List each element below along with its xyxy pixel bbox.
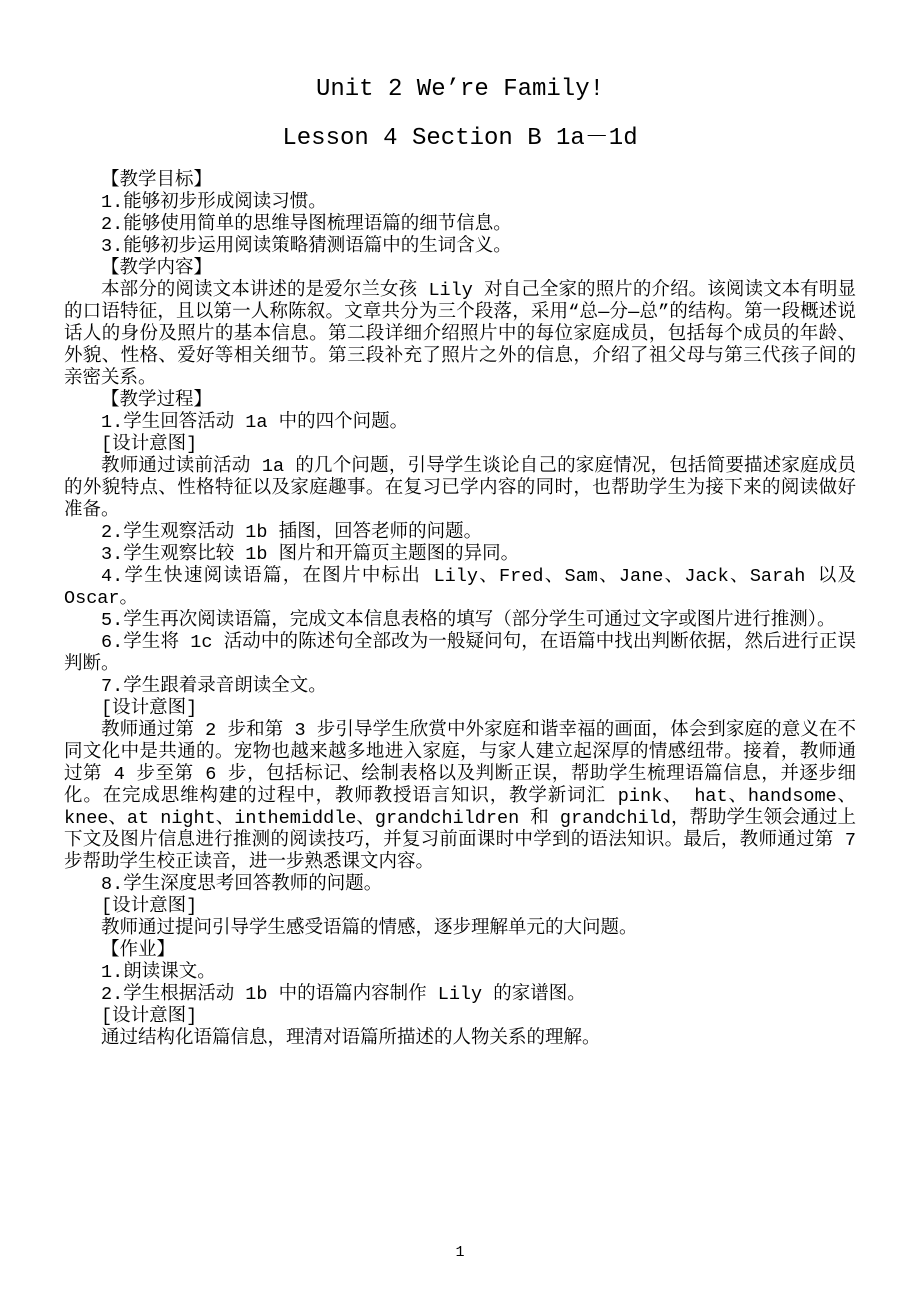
section-heading-content: 【教学内容】 <box>64 258 856 280</box>
homework-item: 2.学生根据活动 1b 中的语篇内容制作 Lily 的家谱图。 <box>64 984 856 1006</box>
process-step: 7.学生跟着录音朗读全文。 <box>64 676 856 698</box>
objective-item: 1.能够初步形成阅读习惯。 <box>64 192 856 214</box>
process-step: 5.学生再次阅读语篇，完成文本信息表格的填写（部分学生可通过文字或图片进行推测）… <box>64 610 856 632</box>
process-step: 1.学生回答活动 1a 中的四个问题。 <box>64 412 856 434</box>
section-heading-process: 【教学过程】 <box>64 390 856 412</box>
objective-item: 2.能够使用简单的思维导图梳理语篇的细节信息。 <box>64 214 856 236</box>
body-paragraph: 本部分的阅读文本讲述的是爱尔兰女孩 Lily 对自己全家的照片的介绍。该阅读文本… <box>64 280 856 390</box>
design-note-paragraph: 教师通过读前活动 1a 的几个问题，引导学生谈论自己的家庭情况，包括简要描述家庭… <box>64 456 856 522</box>
objective-item: 3.能够初步运用阅读策略猜测语篇中的生词含义。 <box>64 236 856 258</box>
document-body: 【教学目标】 1.能够初步形成阅读习惯。 2.能够使用简单的思维导图梳理语篇的细… <box>64 170 856 1050</box>
design-note-paragraph: 通过结构化语篇信息，理清对语篇所描述的人物关系的理解。 <box>64 1028 856 1050</box>
design-note-label: [设计意图] <box>64 434 856 456</box>
process-step: 3.学生观察比较 1b 图片和开篇页主题图的异同。 <box>64 544 856 566</box>
homework-item: 1.朗读课文。 <box>64 962 856 984</box>
document-page: Unit 2 We’re Family! Lesson 4 Section B … <box>0 0 920 1302</box>
process-step: 8.学生深度思考回答教师的问题。 <box>64 874 856 896</box>
process-step: 2.学生观察活动 1b 插图，回答老师的问题。 <box>64 522 856 544</box>
design-note-label: [设计意图] <box>64 1006 856 1028</box>
document-subtitle: Lesson 4 Section B 1a－1d <box>0 106 920 155</box>
design-note-label: [设计意图] <box>64 896 856 918</box>
process-step: 6.学生将 1c 活动中的陈述句全部改为一般疑问句，在语篇中找出判断依据，然后进… <box>64 632 856 676</box>
document-title: Unit 2 We’re Family! <box>0 0 920 106</box>
section-heading-homework: 【作业】 <box>64 940 856 962</box>
design-note-label: [设计意图] <box>64 698 856 720</box>
process-step: 4.学生快速阅读语篇，在图片中标出 Lily、Fred、Sam、Jane、Jac… <box>64 566 856 610</box>
design-note-paragraph: 教师通过提问引导学生感受语篇的情感，逐步理解单元的大问题。 <box>64 918 856 940</box>
design-note-paragraph: 教师通过第 2 步和第 3 步引导学生欣赏中外家庭和谐幸福的画面，体会到家庭的意… <box>64 720 856 874</box>
section-heading-objectives: 【教学目标】 <box>64 170 856 192</box>
page-number: 1 <box>0 1244 920 1262</box>
